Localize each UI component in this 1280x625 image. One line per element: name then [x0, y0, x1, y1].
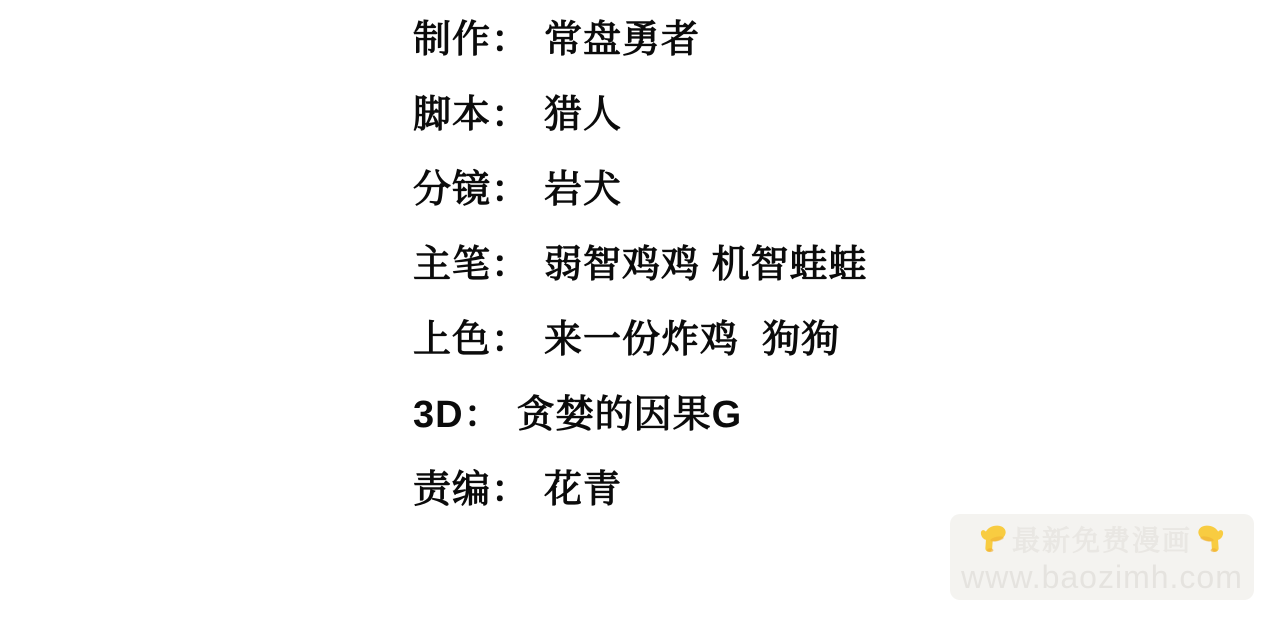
- credit-value: 岩犬: [544, 158, 622, 213]
- credit-label: 脚本：: [413, 83, 530, 138]
- credit-row-script: 脚本： 猎人: [413, 73, 868, 148]
- credit-label: 制作：: [413, 8, 530, 63]
- credit-value: 弱智鸡鸡 机智蛙蛙: [544, 233, 868, 288]
- watermark-title-row: 最新免费漫画: [977, 519, 1227, 559]
- credit-row-coloring: 上色： 来一份炸鸡 狗狗: [413, 298, 868, 373]
- watermark-box: 最新免费漫画 www.baozimh.com: [950, 514, 1254, 600]
- credit-row-storyboard: 分镜： 岩犬: [413, 148, 868, 223]
- credits-list: 制作： 常盘勇者 脚本： 猎人 分镜： 岩犬 主笔： 弱智鸡鸡 机智蛙蛙 上色：…: [413, 0, 868, 523]
- credit-value: 猎人: [544, 83, 622, 138]
- credit-row-editor: 责编： 花青: [413, 448, 868, 523]
- credit-label: 分镜：: [413, 158, 530, 213]
- credit-value: 花青: [544, 458, 622, 513]
- credit-value: 贪婪的因果G: [517, 383, 743, 438]
- credit-row-production: 制作： 常盘勇者: [413, 0, 868, 73]
- credit-label: 上色：: [413, 308, 530, 363]
- pointing-down-hand-left-icon: [977, 523, 1009, 555]
- credit-label: 责编：: [413, 458, 530, 513]
- credit-row-lead-artist: 主笔： 弱智鸡鸡 机智蛙蛙: [413, 223, 868, 298]
- credit-label: 3D：: [413, 383, 503, 438]
- credit-value: 常盘勇者: [544, 8, 700, 63]
- watermark-url: www.baozimh.com: [961, 559, 1243, 595]
- credit-value: 来一份炸鸡 狗狗: [544, 308, 840, 363]
- credit-label: 主笔：: [413, 233, 530, 288]
- credit-row-3d: 3D： 贪婪的因果G: [413, 373, 868, 448]
- pointing-down-hand-right-icon: [1195, 523, 1227, 555]
- watermark-title: 最新免费漫画: [1012, 519, 1192, 559]
